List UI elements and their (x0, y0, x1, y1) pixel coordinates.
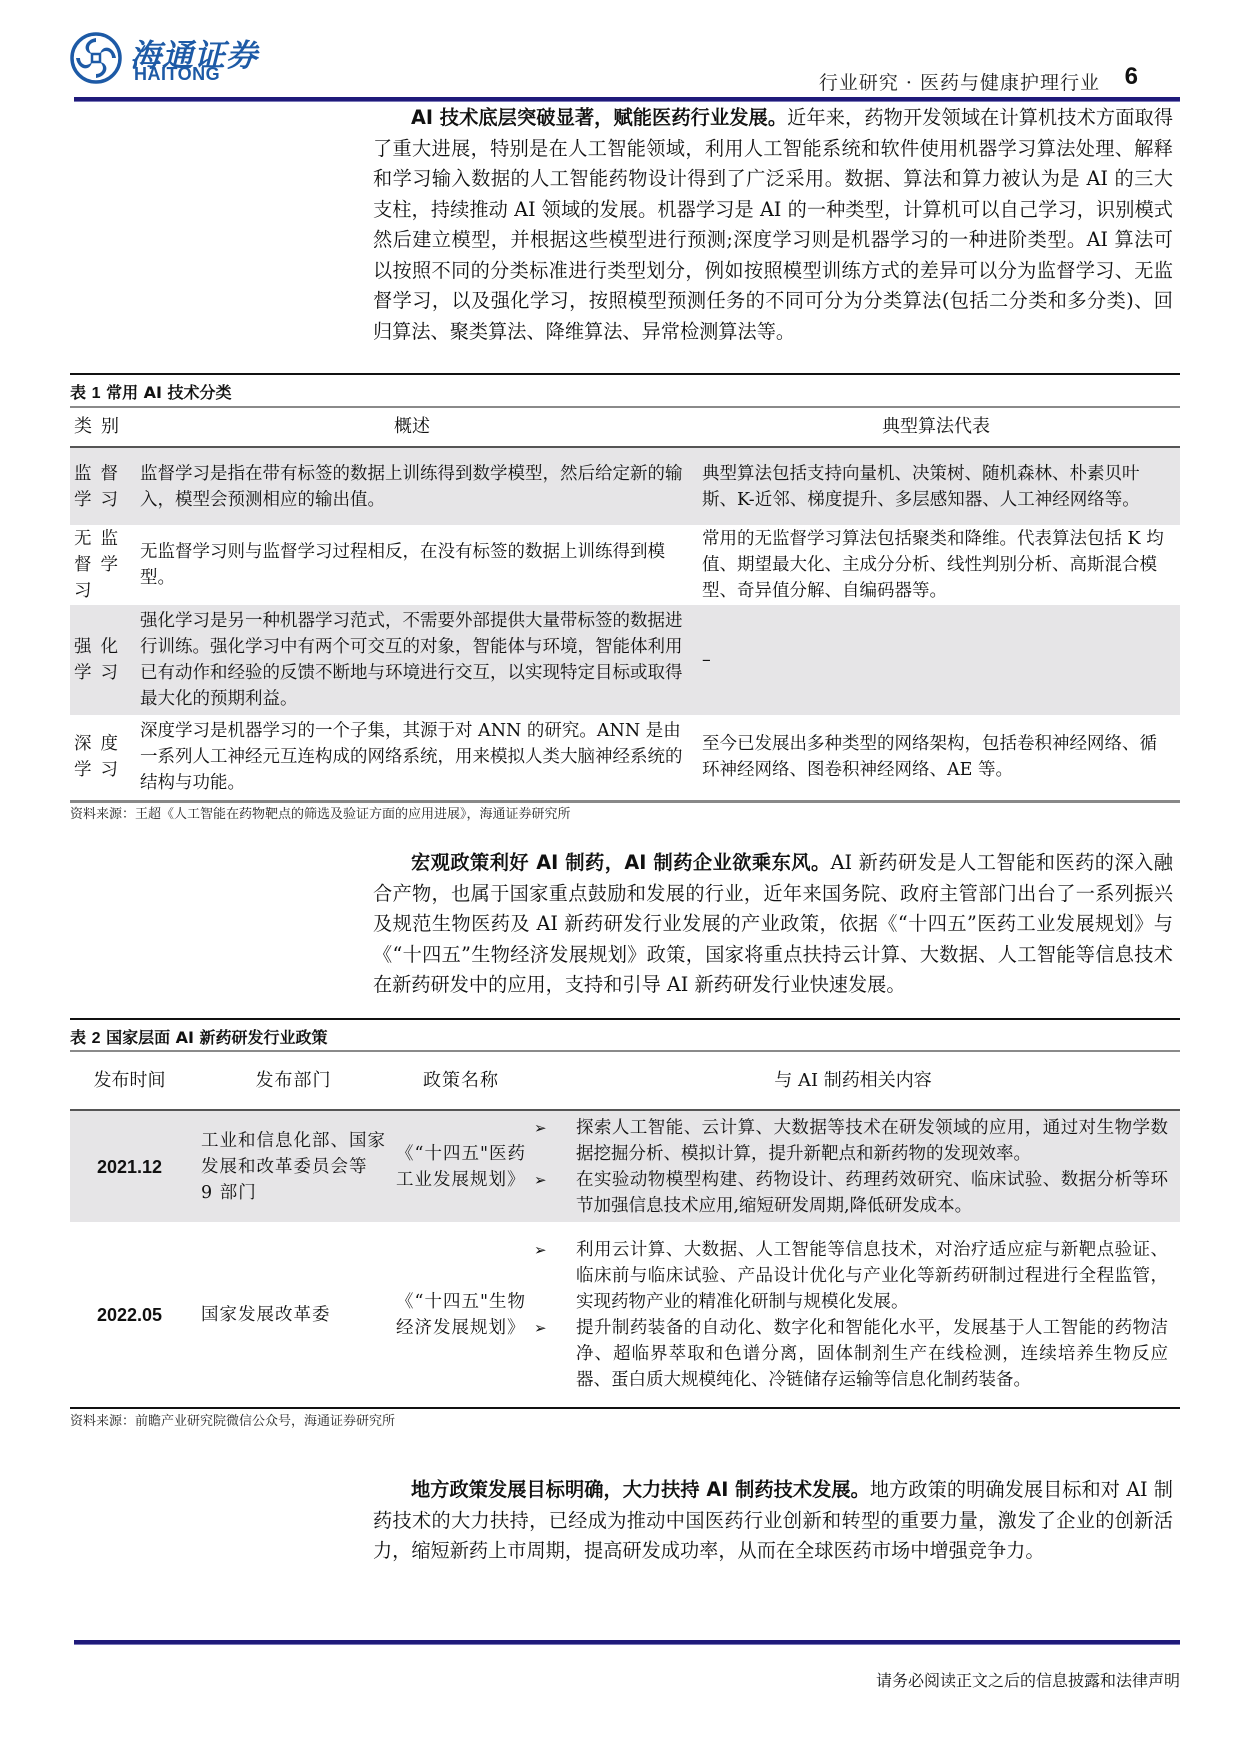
row-category: 强化学习 (70, 605, 132, 715)
row-category: 无监督学习 (70, 525, 132, 605)
table2-national-policy: 发布时间 发布部门 政策名称 与 AI 制药相关内容 2021.12 工业和信息… (70, 1052, 1180, 1409)
content-bullet: ➢ 利用云计算、大数据、人工智能等信息技术，对治疗适应症与新靶点验证、临床前与临… (526, 1237, 1168, 1315)
footer-rule (74, 1640, 1180, 1645)
row-category: 监督学习 (70, 447, 132, 525)
content-bullet: ➢ 在实验动物模型构建、药物设计、药理药效研究、临床试验、数据分析等环节加强信息… (526, 1167, 1168, 1219)
table2-source: 资料来源：前瞻产业研究院微信公众号，海通证券研究所 (70, 1410, 395, 1429)
arrow-bullet-icon: ➢ (526, 1315, 576, 1341)
paragraph-local-policy: 地方政策发展目标明确，大力扶持 AI 制药技术发展。地方政策的明确发展目标和对 … (373, 1475, 1173, 1567)
legal-disclaimer: 请务必阅读正文之后的信息披露和法律声明 (876, 1668, 1180, 1691)
table2-caption: 表 2 国家层面 AI 新药研发行业政策 (70, 1025, 328, 1048)
paragraph-lead: AI 技术底层突破显著，赋能医药行业发展。 (411, 106, 787, 129)
table-row: 无监督学习 无监督学习则与监督学习过程相反，在没有标签的数据上训练得到模型。 常… (70, 525, 1180, 605)
table1-header-overview: 概述 (132, 408, 692, 447)
table1-ai-classification: 类别 概述 典型算法代表 监督学习 监督学习是指在带有标签的数据上训练得到数学模… (70, 408, 1180, 803)
paragraph-lead: 宏观政策利好 AI 制药，AI 制药企业欲乘东风。 (411, 851, 831, 874)
row-category: 深度学习 (70, 715, 132, 801)
table1-source: 资料来源：王超《人工智能在药物靶点的筛选及验证方面的应用进展》，海通证券研究所 (70, 803, 571, 822)
table-row: 深度学习 深度学习是机器学习的一个子集，其源于对 ANN 的研究。ANN 是由一… (70, 715, 1180, 801)
row-department: 国家发展改革委 (189, 1222, 386, 1408)
table2-header-date: 发布时间 (70, 1052, 189, 1110)
table2-top-rule (70, 1018, 1180, 1020)
row-overview: 无监督学习则与监督学习过程相反，在没有标签的数据上训练得到模型。 (132, 525, 692, 605)
row-algorithms: 常用的无监督学习算法包括聚类和降维。代表算法包括 K 均值、期望最大化、主成分分… (692, 525, 1180, 605)
logo-english-name: HAITONG (134, 64, 220, 85)
paragraph-macro-policy: 宏观政策利好 AI 制药，AI 制药企业欲乘东风。AI 新药研发是人工智能和医药… (373, 848, 1173, 1001)
row-overview: 深度学习是机器学习的一个子集，其源于对 ANN 的研究。ANN 是由一系列人工神… (132, 715, 692, 801)
row-overview: 强化学习是另一种机器学习范式，不需要外部提供大量带标签的数据进行训练。强化学习中… (132, 605, 692, 715)
row-policy: 《“十四五"生物经济发展规划》 (386, 1222, 526, 1408)
table1-top-rule (70, 373, 1180, 375)
table1-caption: 表 1 常用 AI 技术分类 (70, 380, 232, 403)
table-row: 监督学习 监督学习是指在带有标签的数据上训练得到数学模型，然后给定新的输入，模型… (70, 447, 1180, 525)
row-policy: 《“十四五"医药工业发展规划》 (386, 1110, 526, 1222)
table2-header-content: 与 AI 制药相关内容 (526, 1052, 1180, 1110)
arrow-bullet-icon: ➢ (526, 1115, 576, 1141)
row-date: 2021.12 (70, 1110, 189, 1222)
table-row: 强化学习 强化学习是另一种机器学习范式，不需要外部提供大量带标签的数据进行训练。… (70, 605, 1180, 715)
section-title: 行业研究 · 医药与健康护理行业 (819, 68, 1100, 95)
row-algorithms: 至今已发展出多种类型的网络架构，包括卷积神经网络、循环神经网络、图卷积神经网络、… (692, 715, 1180, 801)
row-algorithms: – (692, 605, 1180, 715)
row-content: ➢ 探索人工智能、云计算、大数据等技术在研发领域的应用，通过对生物学数据挖掘分析… (526, 1110, 1180, 1222)
row-date: 2022.05 (70, 1222, 189, 1408)
paragraph-body: 近年来，药物开发领域在计算机技术方面取得了重大进展，特别是在人工智能领域，利用人… (373, 106, 1173, 343)
row-content: ➢ 利用云计算、大数据、人工智能等信息技术，对治疗适应症与新靶点验证、临床前与临… (526, 1222, 1180, 1408)
table-row: 2021.12 工业和信息化部、国家发展和改革委员会等 9 部门 《“十四五"医… (70, 1110, 1180, 1222)
header-rule (74, 97, 1180, 102)
content-bullet: ➢ 提升制药装备的自动化、数字化和智能化水平，发展基于人工智能的药物洁净、超临界… (526, 1315, 1168, 1393)
row-algorithms: 典型算法包括支持向量机、决策树、随机森林、朴素贝叶斯、K-近邻、梯度提升、多层感… (692, 447, 1180, 525)
table-row: 2022.05 国家发展改革委 《“十四五"生物经济发展规划》 ➢ 利用云计算、… (70, 1222, 1180, 1408)
table1-header-algorithms: 典型算法代表 (692, 408, 1180, 447)
content-bullet: ➢ 探索人工智能、云计算、大数据等技术在研发领域的应用，通过对生物学数据挖掘分析… (526, 1115, 1168, 1167)
paragraph-ai-breakthrough: AI 技术底层突破显著，赋能医药行业发展。近年来，药物开发领域在计算机技术方面取… (373, 103, 1173, 347)
table2-header-policy: 政策名称 (386, 1052, 526, 1110)
arrow-bullet-icon: ➢ (526, 1167, 576, 1193)
table1-header-category: 类别 (70, 408, 132, 447)
row-department: 工业和信息化部、国家发展和改革委员会等 9 部门 (189, 1110, 386, 1222)
table2-header-department: 发布部门 (189, 1052, 386, 1110)
row-overview: 监督学习是指在带有标签的数据上训练得到数学模型，然后给定新的输入，模型会预测相应… (132, 447, 692, 525)
haitong-logo-icon (70, 30, 122, 86)
page-number: 6 (1125, 63, 1138, 91)
paragraph-lead: 地方政策发展目标明确，大力扶持 AI 制药技术发展。 (411, 1478, 870, 1501)
arrow-bullet-icon: ➢ (526, 1237, 576, 1263)
